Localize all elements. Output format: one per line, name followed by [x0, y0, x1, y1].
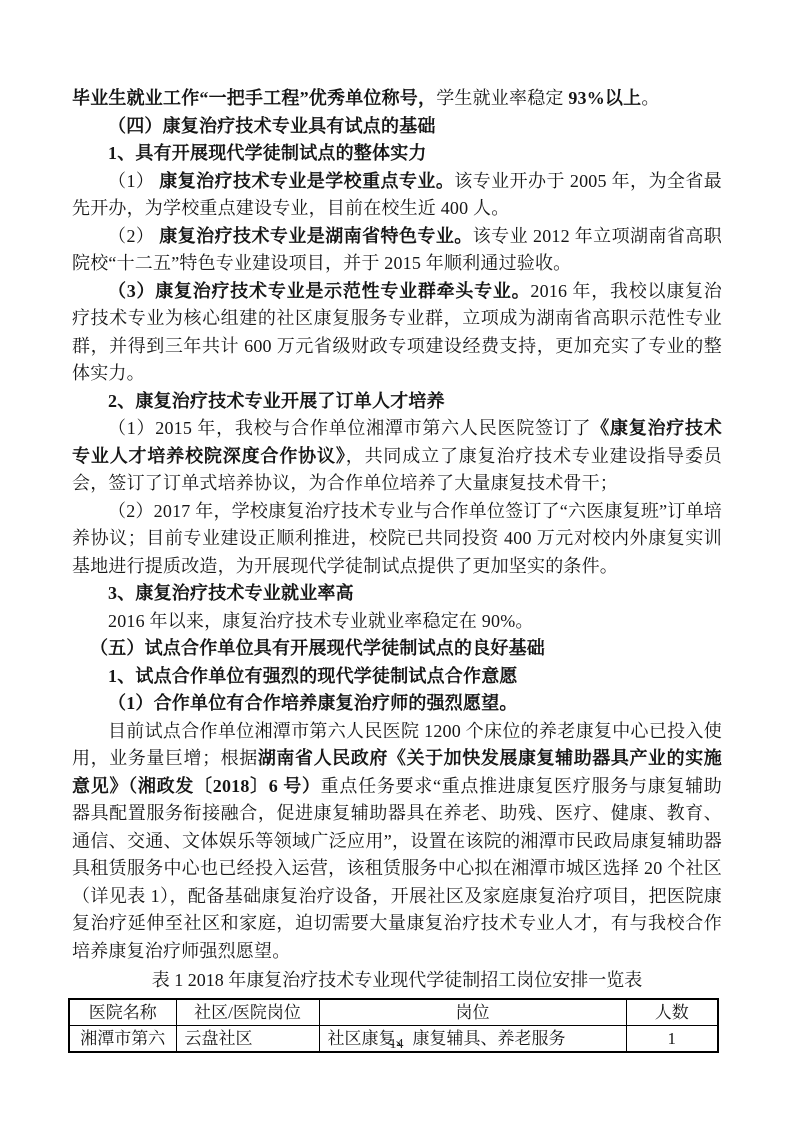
paragraph: （3）康复治疗技术专业是示范性专业群牵头专业。2016 年，我校以康复治疗技术专…	[72, 278, 722, 388]
heading: （四）康复治疗技术专业具有试点的基础	[72, 113, 722, 141]
text-run: 重点任务要求“重点推进康复医疗服务与康复辅助器具配置服务衔接融合，促进康复辅助器…	[72, 776, 722, 961]
heading: 1、具有开展现代学徒制试点的整体实力	[72, 140, 722, 168]
text-run: （3）康复治疗技术专业是示范性专业群牵头专业。	[108, 281, 530, 301]
table-header-hospital: 医院名称	[69, 999, 176, 1026]
text-run: （1）	[108, 171, 159, 191]
paragraph: （2） 康复治疗技术专业是湖南省特色专业。该专业 2012 年立项湖南省高职院校…	[72, 223, 722, 278]
paragraph: （1）2015 年，我校与合作单位湘潭市第六人民医院签订了《康复治疗技术专业人才…	[72, 415, 722, 498]
text-run: 1、具有开展现代学徒制试点的整体实力	[108, 143, 427, 163]
text-run: （五）试点合作单位具有开展现代学徒制试点的良好基础	[90, 638, 545, 658]
table-header-headcount: 人数	[626, 999, 718, 1026]
text-run: 1、试点合作单位有强烈的现代学徒制试点合作意愿	[108, 666, 518, 686]
text-run: 学生就业率稳定	[436, 88, 568, 108]
page-number: 14	[0, 1037, 793, 1053]
text-run: 。	[641, 88, 659, 108]
paragraph-container: 毕业生就业工作“一把手工程”优秀单位称号，学生就业率稳定 93%以上。（四）康复…	[72, 85, 722, 965]
heading: 1、试点合作单位有强烈的现代学徒制试点合作意愿	[72, 663, 722, 691]
text-run: 康复治疗技术专业是湖南省特色专业。	[159, 226, 472, 246]
heading: （五）试点合作单位具有开展现代学徒制试点的良好基础	[72, 635, 722, 663]
text-run: （1）合作单位有合作培养康复治疗师的强烈愿望。	[108, 693, 518, 713]
paragraph: 目前试点合作单位湘潭市第六人民医院 1200 个床位的养老康复中心已投入使用，业…	[72, 718, 722, 966]
document-page: 毕业生就业工作“一把手工程”优秀单位称号，学生就业率稳定 93%以上。（四）康复…	[0, 0, 793, 1122]
paragraph: （2）2017 年，学校康复治疗技术专业与合作单位签订了“六医康复班”订单培养协…	[72, 498, 722, 581]
text-run: （2）2017 年，学校康复治疗技术专业与合作单位签订了“六医康复班”订单培养协…	[72, 501, 722, 576]
heading: （1）合作单位有合作培养康复治疗师的强烈愿望。	[72, 690, 722, 718]
table-header-community-post: 社区/医院岗位	[176, 999, 319, 1026]
heading: 2、康复治疗技术专业开展了订单人才培养	[72, 388, 722, 416]
text-run: 毕业生就业工作“一把手工程”优秀单位称号，	[72, 88, 436, 108]
text-run: 2、康复治疗技术专业开展了订单人才培养	[108, 391, 445, 411]
paragraph: （1） 康复治疗技术专业是学校重点专业。该专业开办于 2005 年，为全省最先开…	[72, 168, 722, 223]
table-header-position: 岗位	[319, 999, 626, 1026]
heading: 3、康复治疗技术专业就业率高	[72, 580, 722, 608]
text-run: （四）康复治疗技术专业具有试点的基础	[108, 116, 436, 136]
text-run: 2016 年以来，康复治疗技术专业就业率稳定在 90%。	[108, 611, 534, 631]
text-run: 3、康复治疗技术专业就业率高	[108, 583, 354, 603]
table-caption: 表 1 2018 年康复治疗技术专业现代学徒制招工岗位安排一览表	[72, 967, 722, 995]
text-run: 93%以上	[568, 88, 641, 108]
table-header-row: 医院名称 社区/医院岗位 岗位 人数	[69, 999, 718, 1026]
document-body: 毕业生就业工作“一把手工程”优秀单位称号，学生就业率稳定 93%以上。（四）康复…	[72, 85, 722, 1053]
paragraph: 毕业生就业工作“一把手工程”优秀单位称号，学生就业率稳定 93%以上。	[72, 85, 722, 113]
text-run: （2）	[108, 226, 159, 246]
text-run: （1）2015 年，我校与合作单位湘潭市第六人民医院签订了	[108, 418, 591, 438]
text-run: 康复治疗技术专业是学校重点专业。	[159, 171, 454, 191]
paragraph: 2016 年以来，康复治疗技术专业就业率稳定在 90%。	[72, 608, 722, 636]
